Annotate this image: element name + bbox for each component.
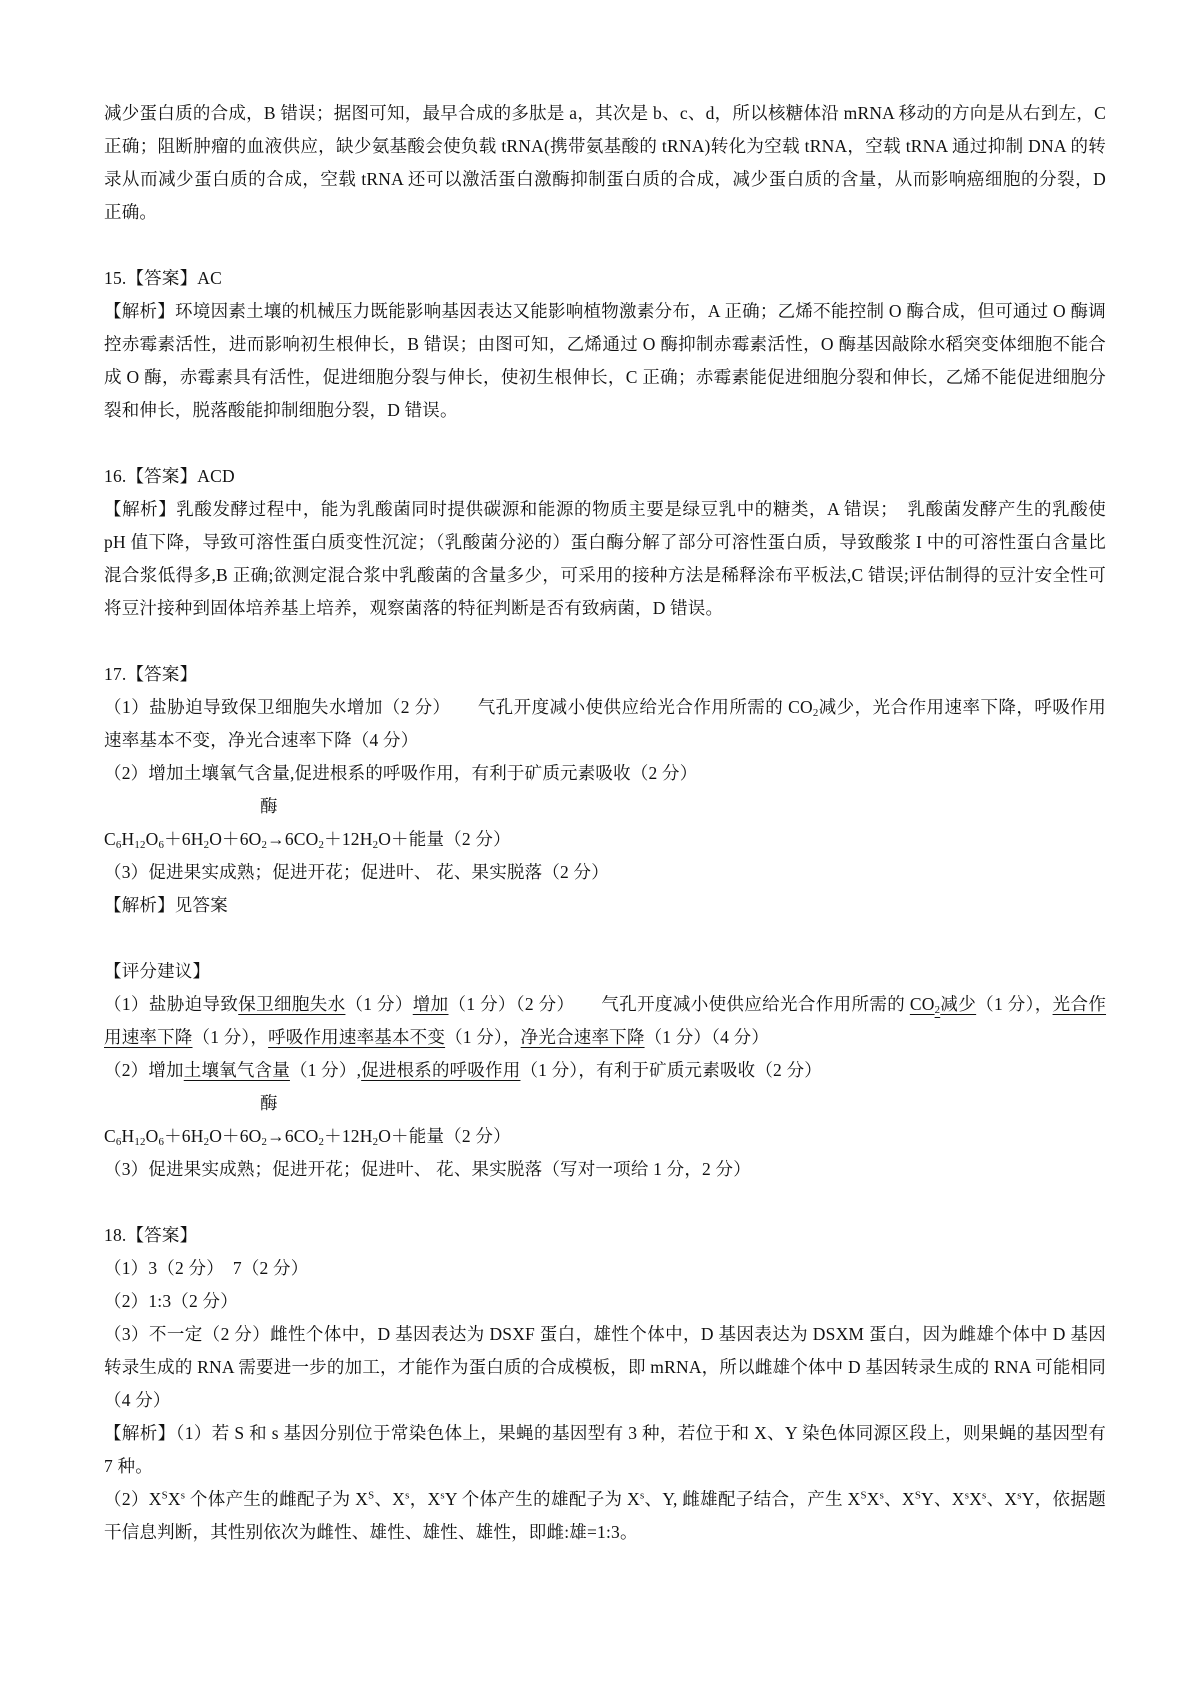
text-run: （3）不一定（2 分）雌性个体中，D 基因表达为 DSXF 蛋白，雄性个体中，D… [104, 1324, 1106, 1410]
text-run: （3）促进果实成熟；促进开花；促进叶、 花、果实脱落（写对一项给 1 分，2 分… [104, 1159, 751, 1179]
text-run: 【评分建议】 [104, 961, 210, 981]
text-run: （1）盐胁迫导致 [104, 994, 238, 1014]
q17-answer-1: （1）盐胁迫导致保卫细胞失水增加（2 分） 气孔开度减小使供应给光合作用所需的 … [104, 691, 1106, 757]
text-run: ，X [410, 1489, 441, 1509]
text-run: X [168, 1489, 181, 1509]
text-run: （1 分），有利于矿质元素吸收（2 分） [520, 1060, 822, 1080]
q15-answer: 15.【答案】AC [104, 262, 1106, 295]
enzyme-label: 酶 [260, 790, 1106, 823]
text-run: （1 分）, [290, 1060, 361, 1080]
document-page: 减少蛋白质的合成，B 错误；据图可知，最早合成的多肽是 a，其次是 b、c、d，… [0, 0, 1200, 1698]
q18-answer-label: 18.【答案】 [104, 1219, 1106, 1252]
document-body: 减少蛋白质的合成，B 错误；据图可知，最早合成的多肽是 a，其次是 b、c、d，… [104, 97, 1106, 1549]
q16-explanation: 【解析】乳酸发酵过程中，能为乳酸菌同时提供碳源和能源的物质主要是绿豆乳中的糖类，… [104, 493, 1106, 625]
text-run: 17.【答案】 [104, 664, 197, 684]
text-run: （2）1:3（2 分） [104, 1291, 238, 1311]
text-run: 个体产生的雌配子为 X [185, 1489, 368, 1509]
respiration-equation-2: C6H12O6＋6H2O＋6O2→6CO2＋12H2O＋能量（2 分） [104, 1120, 1106, 1153]
q17-answer-2: （2）增加土壤氧气含量,促进根系的呼吸作用，有利于矿质元素吸收（2 分） [104, 757, 1106, 790]
text-run: （2）增加 [104, 1060, 184, 1080]
text-run: 增加 [413, 994, 449, 1014]
text-run: 16.【答案】ACD [104, 466, 235, 486]
text-run: （1 分）（2 分） 气孔开度减小使供应给光合作用所需的 [449, 994, 910, 1014]
text-run: （2）增加土壤氧气含量,促进根系的呼吸作用，有利于矿质元素吸收（2 分） [104, 763, 697, 783]
text-run: H [122, 829, 135, 849]
text-run: 酶 [260, 1093, 278, 1113]
text-run: 促进根系的呼吸作用 [361, 1060, 520, 1080]
scoring-2: （2）增加土壤氧气含量（1 分）,促进根系的呼吸作用（1 分），有利于矿质元素吸… [104, 1054, 1106, 1087]
text-run: （3）促进果实成熟；促进开花；促进叶、 花、果实脱落（2 分） [104, 862, 609, 882]
text-run: （1 分）， [445, 1027, 521, 1047]
scoring-3: （3）促进果实成熟；促进开花；促进叶、 花、果实脱落（写对一项给 1 分，2 分… [104, 1153, 1106, 1186]
q17-explanation: 【解析】见答案 [104, 889, 1106, 922]
text-run: （2）X [104, 1489, 162, 1509]
text-run: 减少蛋白质的合成，B 错误；据图可知，最早合成的多肽是 a，其次是 b、c、d，… [104, 103, 1106, 222]
text-run: →6CO [267, 829, 318, 849]
scoring-suggestion-title: 【评分建议】 [104, 955, 1106, 988]
text-run: （1 分）（4 分） [645, 1027, 770, 1047]
text-run: C [104, 829, 116, 849]
q18-explanation-2: （2）XSXs 个体产生的雌配子为 XS、Xs，XsY 个体产生的雄配子为 Xs… [104, 1483, 1106, 1549]
text-run: 【解析】（1）若 S 和 s 基因分别位于常染色体上，果蝇的基因型有 3 种，若… [104, 1423, 1106, 1476]
text-run: ＋6H [164, 1126, 204, 1146]
text-run: 12 [134, 1136, 145, 1148]
text-run: （1 分）， [976, 994, 1052, 1014]
text-run: ＋6H [164, 829, 204, 849]
text-run: O＋6O [209, 1126, 261, 1146]
q18-answer-3: （3）不一定（2 分）雌性个体中，D 基因表达为 DSXF 蛋白，雄性个体中，D… [104, 1318, 1106, 1417]
text-run: X [969, 1489, 982, 1509]
text-run: 18.【答案】 [104, 1225, 197, 1245]
text-run: （1）3（2 分） 7（2 分） [104, 1258, 308, 1278]
q17-answer-label: 17.【答案】 [104, 658, 1106, 691]
text-run: 【解析】见答案 [104, 895, 228, 915]
q16-answer: 16.【答案】ACD [104, 460, 1106, 493]
text-run: ＋12H [324, 1126, 372, 1146]
text-run: （1 分） [345, 994, 412, 1014]
text-run: 、X [374, 1489, 405, 1509]
text-run: 15.【答案】AC [104, 268, 222, 288]
text-run: Y 个体产生的雄配子为 X [445, 1489, 640, 1509]
text-run: 【解析】环境因素土壤的机械压力既能影响基因表达又能影响植物激素分布，A 正确；乙… [104, 301, 1106, 420]
q14-explanation-continued: 减少蛋白质的合成，B 错误；据图可知，最早合成的多肽是 a，其次是 b、c、d，… [104, 97, 1106, 229]
text-run: O＋能量（2 分） [378, 1126, 511, 1146]
text-run: 、X [986, 1489, 1017, 1509]
text-run: 【解析】乳酸发酵过程中，能为乳酸菌同时提供碳源和能源的物质主要是绿豆乳中的糖类，… [104, 499, 1106, 618]
text-run: O [146, 829, 159, 849]
text-run: 减少 [940, 994, 976, 1014]
text-run: O [146, 1126, 159, 1146]
text-run: O＋6O [209, 829, 261, 849]
text-run: 、X [884, 1489, 915, 1509]
text-run: 呼吸作用速率基本不变 [268, 1027, 445, 1047]
text-run: →6CO [267, 1126, 318, 1146]
text-run: （1）盐胁迫导致保卫细胞失水增加（2 分） 气孔开度减小使供应给光合作用所需的 … [104, 697, 813, 717]
text-run: C [104, 1126, 116, 1146]
text-run: 12 [134, 839, 145, 851]
text-run: O＋能量（2 分） [378, 829, 511, 849]
text-run: 、Y, 雌雄配子结合，产生 X [644, 1489, 860, 1509]
q17-answer-3: （3）促进果实成熟；促进开花；促进叶、 花、果实脱落（2 分） [104, 856, 1106, 889]
text-run: 酶 [260, 796, 278, 816]
text-run: CO [910, 994, 935, 1014]
text-run: 净光合速率下降 [521, 1027, 645, 1047]
q18-answer-1: （1）3（2 分） 7（2 分） [104, 1252, 1106, 1285]
text-run: 保卫细胞失水 [238, 994, 345, 1014]
q15-explanation: 【解析】环境因素土壤的机械压力既能影响基因表达又能影响植物激素分布，A 正确；乙… [104, 295, 1106, 427]
scoring-1: （1）盐胁迫导致保卫细胞失水（1 分）增加（1 分）（2 分） 气孔开度减小使供… [104, 988, 1106, 1054]
text-run: ＋12H [324, 829, 372, 849]
text-run: X [867, 1489, 880, 1509]
enzyme-label-2: 酶 [260, 1087, 1106, 1120]
respiration-equation: C6H12O6＋6H2O＋6O2→6CO2＋12H2O＋能量（2 分） [104, 823, 1106, 856]
q18-explanation-1: 【解析】（1）若 S 和 s 基因分别位于常染色体上，果蝇的基因型有 3 种，若… [104, 1417, 1106, 1483]
q18-answer-2: （2）1:3（2 分） [104, 1285, 1106, 1318]
text-run: H [122, 1126, 135, 1146]
text-run: 土壤氧气含量 [184, 1060, 290, 1080]
text-run: Y、X [921, 1489, 965, 1509]
text-run: （1 分）， [193, 1027, 269, 1047]
